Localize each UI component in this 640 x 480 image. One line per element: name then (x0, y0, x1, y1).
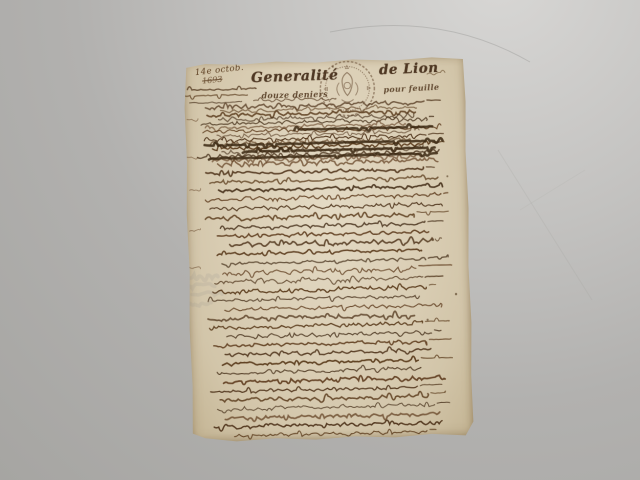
handwriting-layer (183, 56, 475, 443)
manuscript-paper: Generalité de Lion douze deniers pour fe… (183, 56, 475, 443)
photo-of-manuscript: Generalité de Lion douze deniers pour fe… (0, 0, 640, 480)
